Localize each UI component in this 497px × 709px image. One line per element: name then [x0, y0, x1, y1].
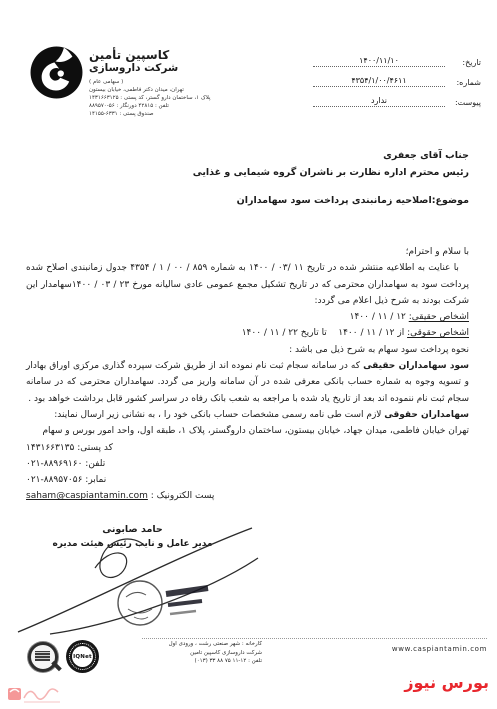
phone-number: ۰۲۱-۸۸۹۶۹۱۶۰ — [26, 459, 82, 469]
greeting-line: با سلام و احترام؛ — [26, 244, 469, 260]
email-link[interactable]: saham@caspiantamin.com — [26, 491, 148, 501]
iqnet-logo-icon: IQNet — [66, 640, 99, 673]
company-legal-form: ( سهامی عام ) — [89, 78, 239, 86]
legal-persons-line: اشخاص حقوقی: از ۱۲ / ۱۱ / ۱۴۰۰ تا تاریخ … — [26, 325, 469, 341]
factory-phone-line: تلفن : ۱۲-۱۱ ۷۵ ۸۸ ۳۳ (۰۱۳) — [104, 657, 262, 666]
phone-label: تلفن: — [82, 459, 105, 469]
legal-persons-label: اشخاص حقوقی: — [407, 328, 469, 338]
real-dividend-paragraph: سود سهامداران حقیقی که در سامانه سجام ثب… — [26, 358, 469, 407]
letterhead-pobox-line: صندوق پستی : ۶۳۳۱-۱۴۱۵۵ — [89, 110, 239, 118]
real-dividend-lead: سود سهامداران حقیقی — [363, 361, 469, 371]
fax-label: نمابر: — [82, 475, 106, 485]
letterhead-address-line: پلاک ۱، ساختمان دارو گستر، کد پستی : ۱۴۳… — [89, 94, 239, 102]
seal-handle — [51, 661, 62, 672]
contact-fax-line: نمابر: ۰۲۱-۸۸۹۵۷۰۵۶ — [26, 472, 469, 488]
letterhead-company-block: کاسپین تأمین شرکت داروسازی ( سهامی عام )… — [89, 48, 239, 118]
news-agency-watermark: بورس نیوز — [404, 673, 489, 692]
legal-persons-dates: از ۱۲ / ۱۱ / ۱۴۰۰ تا تاریخ ۲۲ / ۱۱ / ۱۴۰… — [242, 328, 407, 338]
letter-meta-fields: تاریخ: ۱۴۰۰/۱۱/۱۰ شماره: ۴۳۵۴/۱/۰۰/۴۶۱۱ … — [313, 56, 481, 116]
real-persons-label: اشخاص حقیقی: — [409, 312, 469, 322]
company-name: کاسپین تأمین — [89, 48, 239, 62]
scanned-letter-page: کاسپین تأمین شرکت داروسازی ( سهامی عام )… — [0, 0, 497, 709]
website-url: www.caspiantamin.com — [392, 645, 487, 653]
company-stamp — [118, 581, 208, 625]
subject-line: موضوع:اصلاحیه زمانبندی پرداخت سود سهامدا… — [193, 192, 469, 209]
iqnet-logo-center: IQNet — [72, 646, 93, 667]
legal-dividend-text: لازم است طی نامه رسمی مشخصات حساب بانکی … — [54, 410, 384, 420]
payment-intro-line: نحوه پرداخت سود سهام به شرح ذیل می باشد … — [26, 342, 469, 358]
factory-info-block: کارخانه : شهر صنعتی رشت ، ورودی اول شرکت… — [104, 640, 262, 666]
recipient-title: رئیس محترم اداره نظارت بر ناشران گروه شی… — [193, 164, 469, 181]
legal-dividend-line: سهامداران حقوقی لازم است طی نامه رسمی مش… — [26, 407, 469, 423]
contact-postal-line: کد پستی: ۱۴۳۱۶۶۳۱۳۵ — [26, 440, 469, 456]
attachment-label: پیوست: — [445, 98, 481, 107]
iqnet-label: IQNet — [73, 654, 92, 660]
certification-seal-icon — [28, 642, 58, 672]
news-agency-watermark-icon — [6, 680, 64, 706]
footer-divider — [142, 638, 487, 639]
attachment-field: پیوست: ندارد — [313, 96, 481, 107]
seal-core — [35, 651, 50, 661]
date-label: تاریخ: — [445, 58, 481, 67]
recipient-name: جناب آقای جعفری — [193, 147, 469, 164]
signatory-title: مدیر عامل و نایب رئیس هیئت مدیره — [30, 537, 235, 552]
date-field: تاریخ: ۱۴۰۰/۱۱/۱۰ — [313, 56, 481, 67]
contact-email-line: پست الکترونیک : saham@caspiantamin.com — [26, 488, 469, 504]
real-persons-date: ۱۲ / ۱۱ / ۱۴۰۰ — [350, 312, 409, 322]
recipient-block: جناب آقای جعفری رئیس محترم اداره نظارت ب… — [193, 147, 469, 209]
letterhead-address-line: تهران، میدان دکتر فاطمی، خیابان بیستون — [89, 86, 239, 94]
factory-address-line: کارخانه : شهر صنعتی رشت ، ورودی اول — [104, 640, 262, 649]
contact-address-line: تهران خیابان فاطمی، میدان جهاد، خیابان ب… — [26, 423, 469, 439]
company-logo-icon — [30, 46, 83, 99]
factory-company-line: شرکت داروسازی کاسپین تامین — [104, 649, 262, 658]
letterhead-phone-line: تلفن : ۴۲۸۱۵ دورنگار : ۵۶-۸۸۹۵۷۰ — [89, 102, 239, 110]
fax-number: ۰۲۱-۸۸۹۵۷۰۵۶ — [26, 475, 82, 485]
real-persons-line: اشخاص حقیقی: ۱۲ / ۱۱ / ۱۴۰۰ — [26, 309, 469, 325]
letter-body: با سلام و احترام؛ با عنایت به اطلاعیه من… — [26, 244, 469, 505]
company-type: شرکت داروسازی — [89, 62, 239, 75]
legal-dividend-lead: سهامداران حقوقی — [384, 410, 469, 420]
number-field: شماره: ۴۳۵۴/۱/۰۰/۴۶۱۱ — [313, 76, 481, 87]
attachment-value: ندارد — [313, 96, 445, 107]
signature-block: حامد صابونی مدیر عامل و نایب رئیس هیئت م… — [30, 522, 235, 552]
number-value: ۴۳۵۴/۱/۰۰/۴۶۱۱ — [313, 76, 445, 87]
signatory-name: حامد صابونی — [30, 522, 235, 537]
email-label: پست الکترونیک : — [148, 491, 215, 501]
contact-phone-line: تلفن: ۰۲۱-۸۸۹۶۹۱۶۰ — [26, 456, 469, 472]
date-value: ۱۴۰۰/۱۱/۱۰ — [313, 56, 445, 67]
number-label: شماره: — [445, 78, 481, 87]
intro-paragraph: با عنایت به اطلاعیه منتشر شده در تاریخ ۱… — [26, 260, 469, 309]
